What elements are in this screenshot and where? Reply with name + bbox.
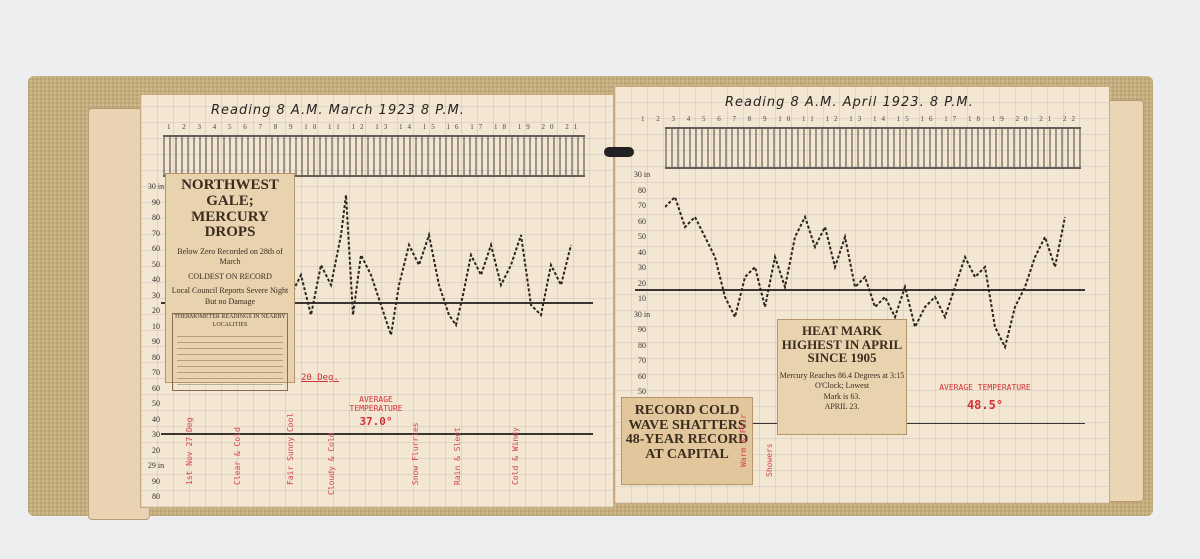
red-note: Cloudy & Cold — [327, 405, 336, 495]
scale-label: 50 — [147, 396, 165, 412]
binding-hole — [604, 147, 634, 157]
red-note: 1st Nov 27 Deg — [185, 395, 194, 485]
scale-label: 30 in — [147, 179, 165, 195]
scale-label: 60 — [633, 369, 651, 385]
scale-label: 90 — [147, 195, 165, 211]
clipping-date: APRIL 23. — [778, 402, 906, 412]
right-temperature-scale: 30 in 80 70 60 50 40 30 20 10 30 in 90 8… — [633, 167, 651, 431]
scale-label: 80 — [147, 210, 165, 226]
scale-label: 80 — [147, 489, 165, 505]
right-average-value: 48.5° — [945, 398, 1025, 412]
scale-label: 40 — [147, 412, 165, 428]
clipping-subhead: Mercury Reaches 86.4 Degrees at 3:15 O'C… — [778, 371, 906, 392]
scale-label: 10 — [633, 291, 651, 307]
scale-label: 70 — [633, 353, 651, 369]
left-page-march: Reading 8 A.M. March 1923 8 P.M. 1 2 3 4… — [140, 94, 614, 508]
scale-label: 50 — [147, 257, 165, 273]
low-annotation: 20 Deg. — [301, 373, 339, 383]
right-day-numbers: 1 2 3 4 5 6 7 8 9 10 11 12 13 14 15 16 1… — [641, 115, 1079, 123]
red-note: Rain & Sleet — [453, 365, 462, 485]
clipping-northwest-gale: Northwest Gale; Mercury Drops Below Zero… — [165, 173, 295, 383]
readings-table: Thermometer Readings in Nearby Localitie… — [172, 313, 288, 391]
scale-label: 80 — [633, 183, 651, 199]
right-page-april: Reading 8 A.M. April 1923. 8 P.M. 1 2 3 … — [614, 86, 1110, 504]
scale-label: 30 — [147, 288, 165, 304]
readings-table-rows — [177, 333, 283, 385]
scale-label: 90 — [147, 334, 165, 350]
clipping-subhead: Below Zero Recorded on 28th of March — [166, 247, 294, 268]
scale-label: 30 in — [633, 167, 651, 183]
red-note: Clear & Cold — [233, 395, 242, 485]
left-page-heading: Reading 8 A.M. March 1923 8 P.M. — [211, 103, 465, 118]
red-note: Warm & Fair — [739, 367, 748, 467]
left-29in-line — [161, 433, 593, 435]
clipping-subhead: Mark is 63. — [778, 392, 906, 402]
left-day-numbers: 1 2 3 4 5 6 7 8 9 10 11 12 13 14 15 16 1… — [167, 123, 583, 131]
scale-label: 30 in — [633, 307, 651, 323]
scale-label: 90 — [633, 322, 651, 338]
scale-label: 20 — [147, 443, 165, 459]
red-note: Cold & Windy — [511, 385, 520, 485]
readings-table-title: Thermometer Readings in Nearby Localitie… — [173, 314, 287, 330]
scale-label: 10 — [147, 319, 165, 335]
red-note: Snow Flurries — [411, 365, 420, 485]
left-temperature-trace — [291, 175, 591, 395]
scale-label: 90 — [147, 474, 165, 490]
clipping-subhead: Local Council Reports Severe Night But n… — [166, 286, 294, 307]
red-note: Showers — [765, 387, 774, 477]
scale-label: 60 — [147, 381, 165, 397]
right-average-label: Average Temperature — [915, 383, 1055, 392]
left-temperature-scale: 30 in 90 80 70 60 50 40 30 20 10 90 80 7… — [147, 179, 165, 505]
left-average-label: Average Temperature — [331, 395, 421, 413]
scale-label: 50 — [633, 229, 651, 245]
scale-label: 40 — [147, 272, 165, 288]
red-note: Fair Sunny Cool — [286, 405, 295, 485]
scale-label: 20 — [147, 303, 165, 319]
scale-label: 70 — [147, 365, 165, 381]
clipping-headline: Heat Mark Highest in April Since 1905 — [778, 324, 906, 365]
scale-label: 80 — [147, 350, 165, 366]
right-page-heading: Reading 8 A.M. April 1923. 8 P.M. — [725, 95, 974, 110]
scale-label: 40 — [633, 245, 651, 261]
clipping-headline: Northwest Gale; Mercury Drops — [166, 178, 294, 241]
scale-label: 30 — [633, 260, 651, 276]
left-average-value: 37.0° — [331, 415, 421, 428]
scale-label: 70 — [633, 198, 651, 214]
clipping-heat-mark: Heat Mark Highest in April Since 1905 Me… — [777, 319, 907, 435]
right-daily-readings-band — [665, 127, 1081, 169]
clipping-subhead: Coldest on Record — [166, 272, 294, 282]
scale-label: 60 — [147, 241, 165, 257]
clipping-headline: Record Cold Wave Shatters 48-Year Record… — [622, 404, 752, 463]
clipping-record-cold-wave: Record Cold Wave Shatters 48-Year Record… — [621, 397, 753, 485]
scale-label: 80 — [633, 338, 651, 354]
scale-label: 70 — [147, 226, 165, 242]
scale-label: 29 in — [147, 458, 165, 474]
left-daily-readings-band — [163, 135, 585, 177]
scale-label: 60 — [633, 214, 651, 230]
